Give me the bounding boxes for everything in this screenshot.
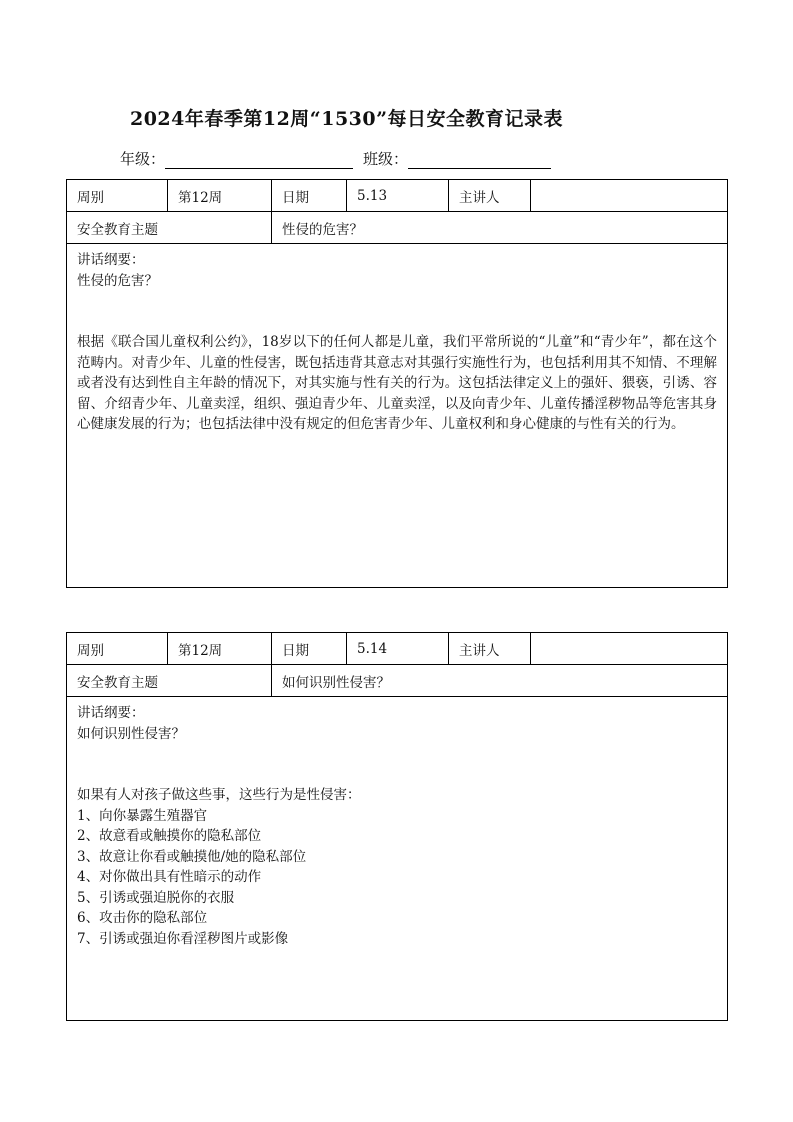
record-table-1: 周别 第12周 日期 5.13 主讲人 安全教育主题 性侵的危害？ 讲话纲要： …: [66, 179, 728, 588]
outline-intro: 如果有人对孩子做这些事，这些行为是性侵害：: [77, 785, 717, 806]
class-label: 班级：: [363, 148, 408, 169]
list-item: 7、引诱或强迫你看淫秽图片或影像: [77, 929, 717, 950]
outline-subtitle: 如何识别性侵害？: [77, 724, 717, 745]
list-item: 1、向你暴露生殖器官: [77, 806, 717, 827]
outline-label: 讲话纲要：: [77, 703, 717, 724]
speaker-value[interactable]: [531, 633, 728, 665]
list-item: 2、故意看或触摸你的隐私部位: [77, 826, 717, 847]
topic-row: 安全教育主题 如何识别性侵害？: [67, 665, 728, 697]
document-title: 2024年春季第12周“1530”每日安全教育记录表: [0, 104, 793, 131]
grade-class-line: 年级： 班级：: [120, 148, 551, 169]
grade-label: 年级：: [120, 148, 165, 169]
week-value: 第12周: [168, 180, 272, 212]
outline-row: 讲话纲要： 性侵的危害？ 根据《联合国儿童权利公约》，18岁以下的任何人都是儿童…: [67, 244, 728, 588]
topic-value: 如何识别性侵害？: [272, 665, 728, 697]
speaker-value[interactable]: [531, 180, 728, 212]
topic-row: 安全教育主题 性侵的危害？: [67, 212, 728, 244]
title-text: 2024年春季第12周“1530”每日安全教育记录表: [130, 108, 563, 130]
record-table-2: 周别 第12周 日期 5.14 主讲人 安全教育主题 如何识别性侵害？ 讲话纲要…: [66, 632, 728, 1021]
week-label: 周别: [67, 633, 168, 665]
header-row: 周别 第12周 日期 5.13 主讲人: [67, 180, 728, 212]
date-value: 5.14: [347, 633, 449, 665]
speaker-label: 主讲人: [449, 633, 531, 665]
list-item: 5、引诱或强迫脱你的衣服: [77, 888, 717, 909]
header-row: 周别 第12周 日期 5.14 主讲人: [67, 633, 728, 665]
date-label: 日期: [272, 180, 347, 212]
date-label: 日期: [272, 633, 347, 665]
list-item: 6、攻击你的隐私部位: [77, 908, 717, 929]
topic-label: 安全教育主题: [67, 212, 272, 244]
outline-paragraph: 根据《联合国儿童权利公约》，18岁以下的任何人都是儿童，我们平常所说的“儿童”和…: [77, 332, 717, 435]
outline-subtitle: 性侵的危害？: [77, 271, 717, 292]
date-value: 5.13: [347, 180, 449, 212]
class-field[interactable]: [408, 150, 551, 169]
week-value: 第12周: [168, 633, 272, 665]
topic-label: 安全教育主题: [67, 665, 272, 697]
list-item: 4、对你做出具有性暗示的动作: [77, 867, 717, 888]
outline-cell: 讲话纲要： 如何识别性侵害？ 如果有人对孩子做这些事，这些行为是性侵害： 1、向…: [67, 697, 728, 1021]
speaker-label: 主讲人: [449, 180, 531, 212]
list-item: 3、故意让你看或触摸他/她的隐私部位: [77, 847, 717, 868]
week-label: 周别: [67, 180, 168, 212]
outline-label: 讲话纲要：: [77, 250, 717, 271]
outline-row: 讲话纲要： 如何识别性侵害？ 如果有人对孩子做这些事，这些行为是性侵害： 1、向…: [67, 697, 728, 1021]
topic-value: 性侵的危害？: [272, 212, 728, 244]
outline-cell: 讲话纲要： 性侵的危害？ 根据《联合国儿童权利公约》，18岁以下的任何人都是儿童…: [67, 244, 728, 588]
grade-field[interactable]: [165, 150, 353, 169]
